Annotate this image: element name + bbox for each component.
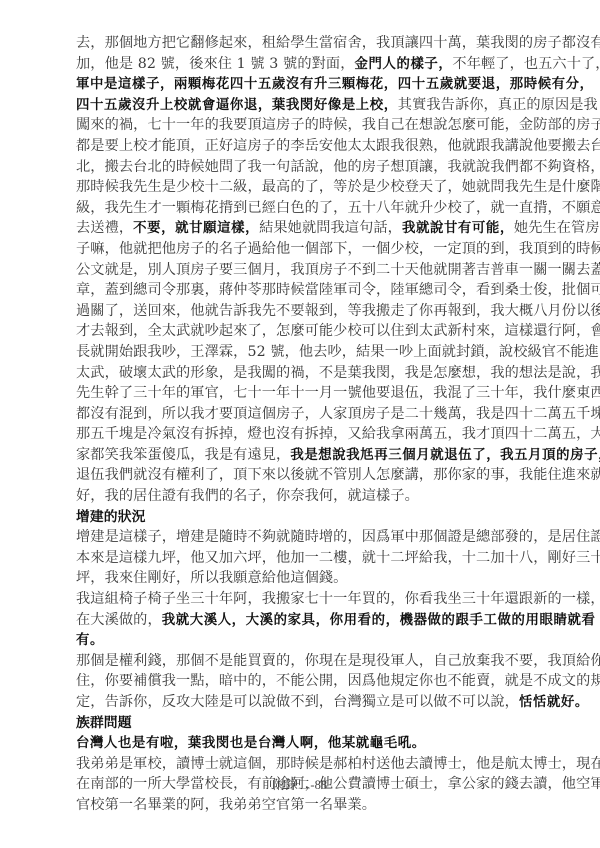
body-text: 增建是這樣子，增建是隨時不夠就隨時增的，因爲軍中那個證是總部發的，是居住證， — [76, 529, 600, 545]
body-text: 級，我先生才一顆梅花揹到已經白色的了，五十八年就升少校了，就一直揹，不願意 — [76, 200, 600, 216]
text-line: 闖來的禍，七十一年的我要頂這房子的時候，我自己在想說怎麼可能，金防部的房子 — [76, 115, 528, 136]
body-text: 闖來的禍，七十一年的我要頂這房子的時候，我自己在想說怎麼可能，金防部的房子 — [76, 117, 600, 133]
body-text: 住，你要補償我一點，暗中的，不能公開，因爲他規定你也不能賣，就是不成文的規 — [76, 673, 600, 689]
text-line: 北，搬去台北的時候她問了我一句話說，他的房子想頂讓，我就說我們都不夠資格， — [76, 157, 528, 178]
body-text: 我弟弟是軍校，讀博士就這個，那時候是郝柏村送他去讀博士，他是航太博士，現在 — [76, 756, 600, 772]
document-page: 去，那個地方把它翻修起來，租給學生當宿舍，我頂讓四十萬，葉我閔的房子都沒有加，他… — [0, 0, 600, 848]
text-line: 先生幹了三十年的軍官，七十一年十一月一號他要退伍，我混了三十年，我什麼東西 — [76, 383, 528, 404]
body-text: 才去報到，全太武就吵起來了，怎麼可能少校可以住到太武新村來，這樣還行阿，會 — [76, 323, 600, 339]
text-line: 過關了，送回來，他就告訴我先不要報到，等我搬走了你再報到，我大概八月份以後 — [76, 301, 528, 322]
emphasized-text: 增建的狀況 — [76, 509, 145, 525]
emphasized-text: 不要，就甘願這樣， — [133, 221, 259, 236]
text-line: 公文就是，別人頂房子要三個月，我頂房子不到二十天他就開著吉普車一關一關去蓋 — [76, 260, 528, 281]
body-text: 定，告訴你，反攻大陸是可以說做不到，台灣獨立是可以做不可以說， — [76, 694, 519, 710]
text-line: 那個是權利錢，那個不是能買賣的，你現在是現役軍人，自己放棄我不要，我頂給你 — [76, 651, 528, 672]
text-line: 增建是這樣子，增建是隨時不夠就隨時增的，因爲軍中那個證是總部發的，是居住證， — [76, 527, 528, 548]
text-line: 都沒有混到，所以我才要頂這個房子，人家頂房子是二十幾萬，我是四十二萬五千塊， — [76, 404, 528, 425]
body-text: 好，我的居住證有我們的名子，你奈我何，就這樣子。 — [76, 488, 419, 504]
text-line: 家都笑我笨蛋傻瓜，我是有遠見，我是想說我尪再三個月就退伍了，我五月頂的房子， — [76, 445, 528, 466]
body-text: 那個是權利錢，那個不是能買賣的，你現在是現役軍人，自己放棄我不要，我頂給你 — [76, 653, 600, 669]
emphasized-text: 族群問題 — [76, 715, 132, 731]
body-text: 坪，我來住剛好，所以我願意給他這個錢。 — [76, 570, 347, 586]
text-line: 坪，我來住剛好，所以我願意給他這個錢。 — [76, 568, 528, 589]
text-line: 章，蓋到總司令那裏，蔣仲苓那時候當陸軍司令，陸軍總司令，看到桑士俊，批個可， — [76, 280, 528, 301]
emphasized-text: 恬恬就好。 — [519, 695, 589, 710]
emphasized-text: 四十五歲沒升上校就會逼你退，葉我閔好像是上校， — [76, 98, 398, 113]
body-text: 過關了，送回來，他就告訴我先不要報到，等我搬走了你再報到，我大概八月份以後 — [76, 303, 600, 319]
body-text: 在大溪做的， — [76, 612, 162, 628]
body-text: 長就開始跟我吵，王澤霖，52 號，他去吵，結果一吵上面就封鎖，說校級官不能進 — [76, 344, 599, 360]
emphasized-text: 有。 — [76, 633, 104, 648]
body-text: 我這組椅子椅子坐三十年阿，我搬家七十一年買的，你看我坐三十年還跟新的一樣， — [76, 591, 600, 607]
body-text: 家都笑我笨蛋傻瓜，我是有遠見， — [76, 447, 290, 463]
section-heading: 增建的狀況 — [76, 507, 528, 528]
text-line: 定，告訴你，反攻大陸是可以說做不到，台灣獨立是可以做不可以說，恬恬就好。 — [76, 692, 528, 713]
text-line: 我弟弟是軍校，讀博士就這個，那時候是郝柏村送他去讀博士，他是航太博士，現在 — [76, 754, 528, 775]
body-text: 都沒有混到，所以我才要頂這個房子，人家頂房子是二十幾萬，我是四十二萬五千塊， — [76, 406, 600, 422]
body-text: 那時候我先生是少校十二級，最高的了，等於是少校登天了，她就問我先生是什麼階 — [76, 179, 600, 195]
section-heading: 族群問題 — [76, 713, 528, 734]
text-line: 太武，破壞太武的形象，是我闖的禍，不是葉我閔，我是怎麼想，我的想法是說，我 — [76, 363, 528, 384]
emphasized-text: 我就說甘有可能， — [402, 221, 514, 236]
body-text: 其實我告訴你，真正的原因是我 — [398, 97, 598, 113]
text-line: 在大溪做的，我就大溪人，大溪的家具，你用看的，機器做的跟手工做的用眼睛就看 — [76, 610, 528, 631]
text-line: 軍中是這樣子，兩顆梅花四十五歲沒有升三顆梅花，四十五歲就要退，那時候有分， — [76, 74, 528, 95]
text-line: 子嘛，他就把他房子的名子過給他一個部下，一個少校，一定頂的到，我頂到的時候， — [76, 239, 528, 260]
text-line: 官校第一名畢業的阿，我弟弟空官第一名畢業。 — [76, 795, 528, 816]
emphasized-text: 我就大溪人，大溪的家具，你用看的，機器做的跟手工做的用眼睛就看 — [162, 613, 596, 628]
text-line: 那時候我先生是少校十二級，最高的了，等於是少校登天了，她就問我先生是什麼階 — [76, 177, 528, 198]
body-text: 結果她就問我這句話， — [259, 220, 402, 236]
text-line: 我這組椅子椅子坐三十年阿，我搬家七十一年買的，你看我坐三十年還跟新的一樣， — [76, 589, 528, 610]
text-line: 好，我的居住證有我們的名子，你奈我何，就這樣子。 — [76, 486, 528, 507]
text-line: 四十五歲沒升上校就會逼你退，葉我閔好像是上校，其實我告訴你，真正的原因是我 — [76, 95, 528, 116]
text-line: 去送禮，不要，就甘願這樣，結果她就問我這句話，我就說甘有可能，她先生在管房 — [76, 218, 528, 239]
body-text: 官校第一名畢業的阿，我弟弟空官第一名畢業。 — [76, 797, 376, 813]
emphasized-text: 台灣人也是有啦，葉我閔也是台灣人啊，他某就龜毛吼。 — [76, 736, 426, 751]
text-line: 台灣人也是有啦，葉我閔也是台灣人啊，他某就龜毛吼。 — [76, 733, 528, 754]
text-line: 那五千塊是冷氣沒有拆掉，燈也沒有拆掉，又給我拿兩萬五，我才頂四十二萬五，大 — [76, 424, 528, 445]
body-text: 退伍我們就沒有權利了，頂下來以後就不管別人怎麼講，那你家的事，我能住進來就 — [76, 467, 600, 483]
text-line: 有。 — [76, 630, 528, 651]
body-text: 太武，破壞太武的形象，是我闖的禍，不是葉我閔，我是怎麼想，我的想法是說，我 — [76, 365, 600, 381]
text-line: 長就開始跟我吵，王澤霖，52 號，他去吵，結果一吵上面就封鎖，說校級官不能進 — [76, 342, 528, 363]
body-text: 公文就是，別人頂房子要三個月，我頂房子不到二十天他就開著吉普車一關一關去蓋 — [76, 262, 600, 278]
text-line: 都是要上校才能頂，正好這房子的李岳安他太太跟我很熟，他就跟我講說他要搬去台 — [76, 136, 528, 157]
emphasized-text: 我是想說我尪再三個月就退伍了，我五月頂的房子， — [290, 448, 600, 463]
text-line: 加，他是 82 號，後來住 1 號 3 號的對面，金門人的樣子，不年輕了，也五六… — [76, 54, 528, 75]
emphasized-text: 軍中是這樣子，兩顆梅花四十五歲沒有升三顆梅花，四十五歲就要退，那時候有分， — [76, 77, 594, 92]
body-text: 不年輕了，也五六十了， — [452, 56, 600, 72]
body-text: 那五千塊是冷氣沒有拆掉，燈也沒有拆掉，又給我拿兩萬五，我才頂四十二萬五，大 — [76, 426, 600, 442]
text-line: 去，那個地方把它翻修起來，租給學生當宿舍，我頂讓四十萬，葉我閔的房子都沒有 — [76, 33, 528, 54]
body-text: 加，他是 82 號，後來住 1 號 3 號的對面， — [76, 56, 354, 72]
text-line: 級，我先生才一顆梅花揹到已經白色的了，五十八年就升少校了，就一直揹，不願意 — [76, 198, 528, 219]
body-text: 都是要上校才能頂，正好這房子的李岳安他太太跟我很熟，他就跟我講說他要搬去台 — [76, 138, 600, 154]
text-line: 才去報到，全太武就吵起來了，怎麼可能少校可以住到太武新村來，這樣還行阿，會 — [76, 321, 528, 342]
body-text: 北，搬去台北的時候她問了我一句話說，他的房子想頂讓，我就說我們都不夠資格， — [76, 159, 600, 175]
text-line: 住，你要補償我一點，暗中的，不能公開，因爲他規定你也不能賣，就是不成文的規 — [76, 671, 528, 692]
emphasized-text: 金門人的樣子， — [354, 57, 452, 72]
body-text: 子嘛，他就把他房子的名子過給他一個部下，一個少校，一定頂的到，我頂到的時候， — [76, 241, 600, 257]
page-footer-number: 附錄二-88 — [0, 775, 600, 793]
body-text: 她先生在管房 — [514, 220, 600, 236]
body-text: 去，那個地方把它翻修起來，租給學生當宿舍，我頂讓四十萬，葉我閔的房子都沒有 — [76, 35, 600, 51]
text-line: 退伍我們就沒有權利了，頂下來以後就不管別人怎麼講，那你家的事，我能住進來就 — [76, 465, 528, 486]
body-text: 去送禮， — [76, 220, 133, 236]
body-text: 先生幹了三十年的軍官，七十一年十一月一號他要退伍，我混了三十年，我什麼東西 — [76, 385, 600, 401]
document-body: 去，那個地方把它翻修起來，租給學生當宿舍，我頂讓四十萬，葉我閔的房子都沒有加，他… — [76, 33, 528, 816]
body-text: 章，蓋到總司令那裏，蔣仲苓那時候當陸軍司令，陸軍總司令，看到桑士俊，批個可， — [76, 282, 600, 298]
body-text: 本來是這樣九坪，他又加六坪，他加一二樓，就十二坪給我，十二加十八，剛好三十 — [76, 550, 600, 566]
text-line: 本來是這樣九坪，他又加六坪，他加一二樓，就十二坪給我，十二加十八，剛好三十 — [76, 548, 528, 569]
